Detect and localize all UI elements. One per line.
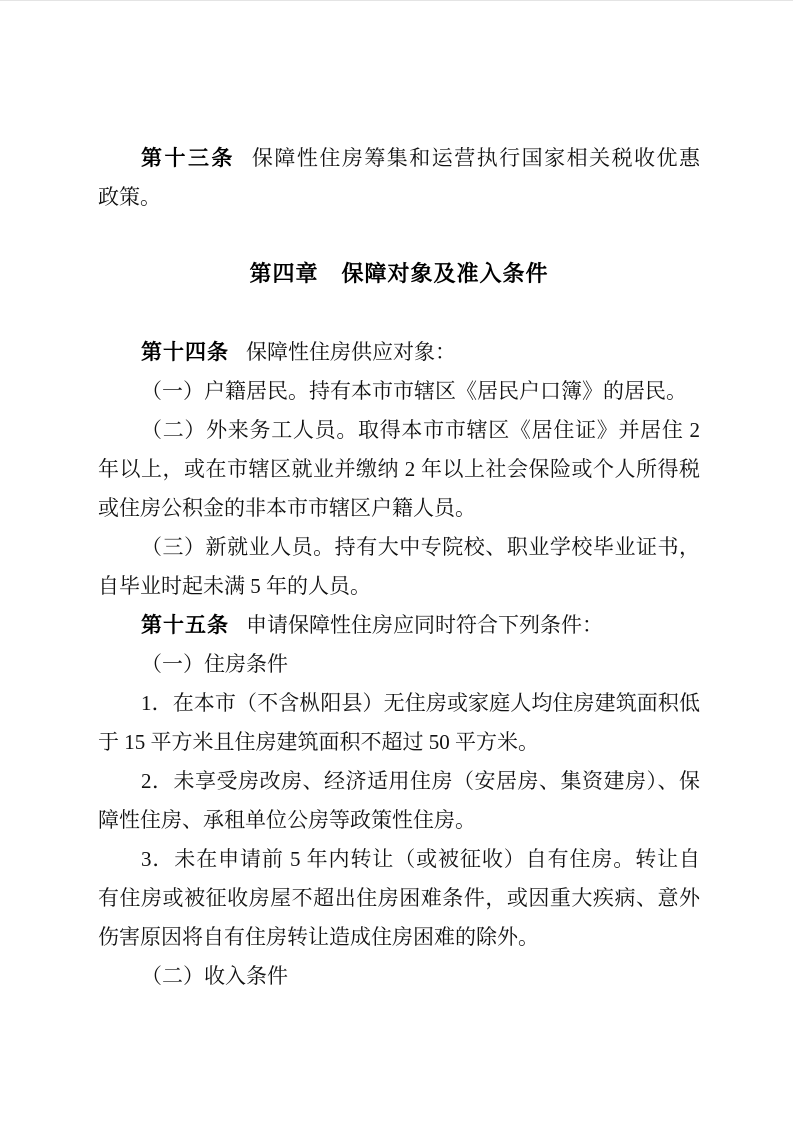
article-13-number: 第十三条 <box>141 147 235 170</box>
article-13-text-cont: 政策。 <box>98 185 161 209</box>
article-15-line-1: 第十五条申请保障性住房应同时符合下列条件： <box>98 606 700 645</box>
article-14-item-3-line-1: （三）新就业人员。持有大中专院校、职业学校毕业证书， <box>98 528 700 567</box>
item-1-text: （一）户籍居民。持有本市市辖区《居民户口簿》的居民。 <box>141 379 687 403</box>
document-body: 第十三条保障性住房筹集和运营执行国家相关税收优惠 政策。 第四章 保障对象及准入… <box>98 139 700 996</box>
article-14-item-2-line-3: 或住房公积金的非本市市辖区户籍人员。 <box>98 489 700 528</box>
housing-condition-3-line-3: 伤害原因将自有住房转让造成住房困难的除外。 <box>98 918 700 957</box>
item-3-text-2: 自毕业时起未满 5 年的人员。 <box>98 574 371 598</box>
housing-condition-2-line-1: 2．未享受房改房、经济适用住房（安居房、集资建房）、保 <box>98 762 700 801</box>
article-13-line-2: 政策。 <box>98 178 700 217</box>
article-14-item-1: （一）户籍居民。持有本市市辖区《居民户口簿》的居民。 <box>98 372 700 411</box>
article-14-number: 第十四条 <box>141 341 229 364</box>
condition-2-text-1: 2．未享受房改房、经济适用住房（安居房、集资建房）、保 <box>141 769 700 793</box>
income-condition-title: （二）收入条件 <box>141 964 288 988</box>
housing-condition-title: （一）住房条件 <box>141 652 288 676</box>
condition-1-text-1: 1．在本市（不含枞阳县）无住房或家庭人均住房建筑面积低 <box>141 691 700 715</box>
item-3-text-1: （三）新就业人员。持有大中专院校、职业学校毕业证书， <box>141 535 700 559</box>
article-14-line-1: 第十四条保障性住房供应对象： <box>98 333 700 372</box>
condition-3-text-3: 伤害原因将自有住房转让造成住房困难的除外。 <box>98 925 539 949</box>
document-page: 第十三条保障性住房筹集和运营执行国家相关税收优惠 政策。 第四章 保障对象及准入… <box>0 0 793 1122</box>
item-2-text-1: （二）外来务工人员。取得本市市辖区《居住证》并居住 2 <box>141 418 700 442</box>
article-15-item-2-title: （二）收入条件 <box>98 957 700 996</box>
article-14-text: 保障性住房供应对象： <box>246 340 456 364</box>
condition-3-text-2: 有住房或被征收房屋不超出住房困难条件，或因重大疾病、意外 <box>98 886 700 910</box>
housing-condition-3-line-2: 有住房或被征收房屋不超出住房困难条件，或因重大疾病、意外 <box>98 879 700 918</box>
article-14-item-2-line-1: （二）外来务工人员。取得本市市辖区《居住证》并居住 2 <box>98 411 700 450</box>
article-14-item-3-line-2: 自毕业时起未满 5 年的人员。 <box>98 567 700 606</box>
item-2-text-2: 年以上，或在市辖区就业并缴纳 2 年以上社会保险或个人所得税 <box>98 457 700 481</box>
article-15-number: 第十五条 <box>141 614 229 637</box>
chapter-4-heading: 第四章 保障对象及准入条件 <box>98 254 700 293</box>
housing-condition-3-line-1: 3．未在申请前 5 年内转让（或被征收）自有住房。转让自 <box>98 840 700 879</box>
condition-3-text-1: 3．未在申请前 5 年内转让（或被征收）自有住房。转让自 <box>141 847 700 871</box>
article-13-text: 保障性住房筹集和运营执行国家相关税收优惠 <box>252 146 700 170</box>
condition-1-text-2: 于 15 平方米且住房建筑面积不超过 50 平方米。 <box>98 730 539 754</box>
housing-condition-1-line-2: 于 15 平方米且住房建筑面积不超过 50 平方米。 <box>98 723 700 762</box>
housing-condition-1-line-1: 1．在本市（不含枞阳县）无住房或家庭人均住房建筑面积低 <box>98 684 700 723</box>
article-13-line-1: 第十三条保障性住房筹集和运营执行国家相关税收优惠 <box>98 139 700 178</box>
article-15-item-1-title: （一）住房条件 <box>98 645 700 684</box>
article-15-text: 申请保障性住房应同时符合下列条件： <box>246 613 603 637</box>
article-14-item-2-line-2: 年以上，或在市辖区就业并缴纳 2 年以上社会保险或个人所得税 <box>98 450 700 489</box>
item-2-text-3: 或住房公积金的非本市市辖区户籍人员。 <box>98 496 476 520</box>
condition-2-text-2: 障性住房、承租单位公房等政策性住房。 <box>98 808 476 832</box>
housing-condition-2-line-2: 障性住房、承租单位公房等政策性住房。 <box>98 801 700 840</box>
